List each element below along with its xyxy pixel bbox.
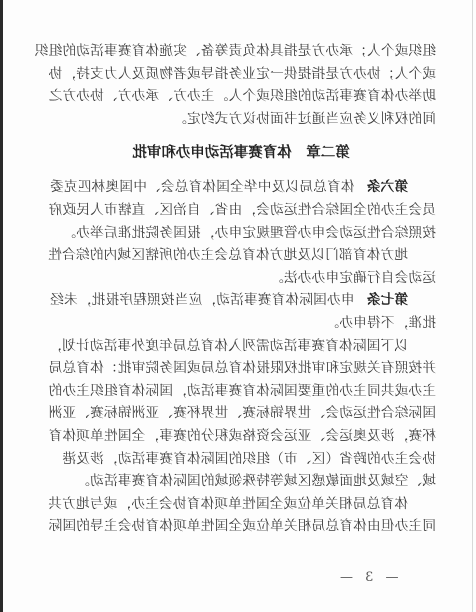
text-line: 助举办体育赛事活动的组织或个人。主办方、承办方、协办方之 <box>46 85 436 108</box>
text-line: 杯赛，涉及奥运会、亚运会资格或积分的赛事，全国性单项体育 <box>46 425 436 448</box>
text-line: 体育总局相关单位或全国性单项体育协会主办，或与地方共 <box>46 493 436 516</box>
scan-edge-line <box>472 0 473 612</box>
text-line: 地方体育部门以及地方体育总会主办的所辖区域内的综合性 <box>46 244 436 267</box>
text-line: 组织或个人；承办方是指具体负责筹备、实施体育赛事活动的组织 <box>46 40 436 63</box>
page-number: — 3 — <box>336 570 399 585</box>
text-line: 按照综合性运动会申办管理规定申办，报国务院批准后举办。 <box>46 222 436 245</box>
text-line: 或个人；协办方是指提供一定业务指导或者物质及人力支持，协 <box>46 63 436 86</box>
text-line: 运动会自行确定申办办法。 <box>46 267 436 290</box>
text-line: 国际综合性运动会、世界锦标赛、世界杯赛、亚洲锦标赛、亚洲 <box>46 402 436 425</box>
text-line: 批准，不得申办。 <box>46 312 436 335</box>
text-span: 申办国际体育赛事活动，应当按照程序报批，未经 <box>50 292 355 308</box>
text-line: 间的权利义务应当通过书面协议方式约定。 <box>46 108 436 131</box>
article-6-first-line: 第六条体育总局以及中华全国体育总会、中国奥林匹克委 <box>46 176 436 199</box>
document-page: 组织或个人；承办方是指具体负责筹备、实施体育赛事活动的组织 或个人；协办方是指提… <box>0 0 476 612</box>
page-content: 组织或个人；承办方是指具体负责筹备、实施体育赛事活动的组织 或个人；协办方是指提… <box>46 40 436 538</box>
text-line: 并按照有关规定和审批权限报体育总局或国务院审批：体育总局 <box>46 357 436 380</box>
text-span: 体育总局以及中华全国体育总会、中国奥林匹克委 <box>50 179 355 195</box>
chapter-heading: 第二章 体育赛事活动申办和审批 <box>46 130 436 176</box>
text-line: 域、空域及地面敏感区域等特殊领域的国际体育赛事活动。 <box>46 470 436 493</box>
text-line: 员会主办的全国综合性运动会，由省、自治区、直辖市人民政府 <box>46 199 436 222</box>
text-line: 协会主办的跨省（区、市）组织的国际体育赛事活动，涉及港 <box>46 448 436 471</box>
article-7-first-line: 第七条申办国际体育赛事活动，应当按照程序报批，未经 <box>46 289 436 312</box>
scan-edge <box>0 0 3 612</box>
article-label: 第六条 <box>366 179 408 195</box>
article-label: 第七条 <box>366 292 408 308</box>
text-line: 同主办但由体育总局相关单位或全国性单项体育协会主导的国际 <box>46 515 436 538</box>
text-line: 主办或共同主办的重要国际体育赛事活动，国际体育组织主办的 <box>46 380 436 403</box>
text-line: 以下国际体育赛事活动需列入体育总局年度外事活动计划， <box>46 335 436 358</box>
